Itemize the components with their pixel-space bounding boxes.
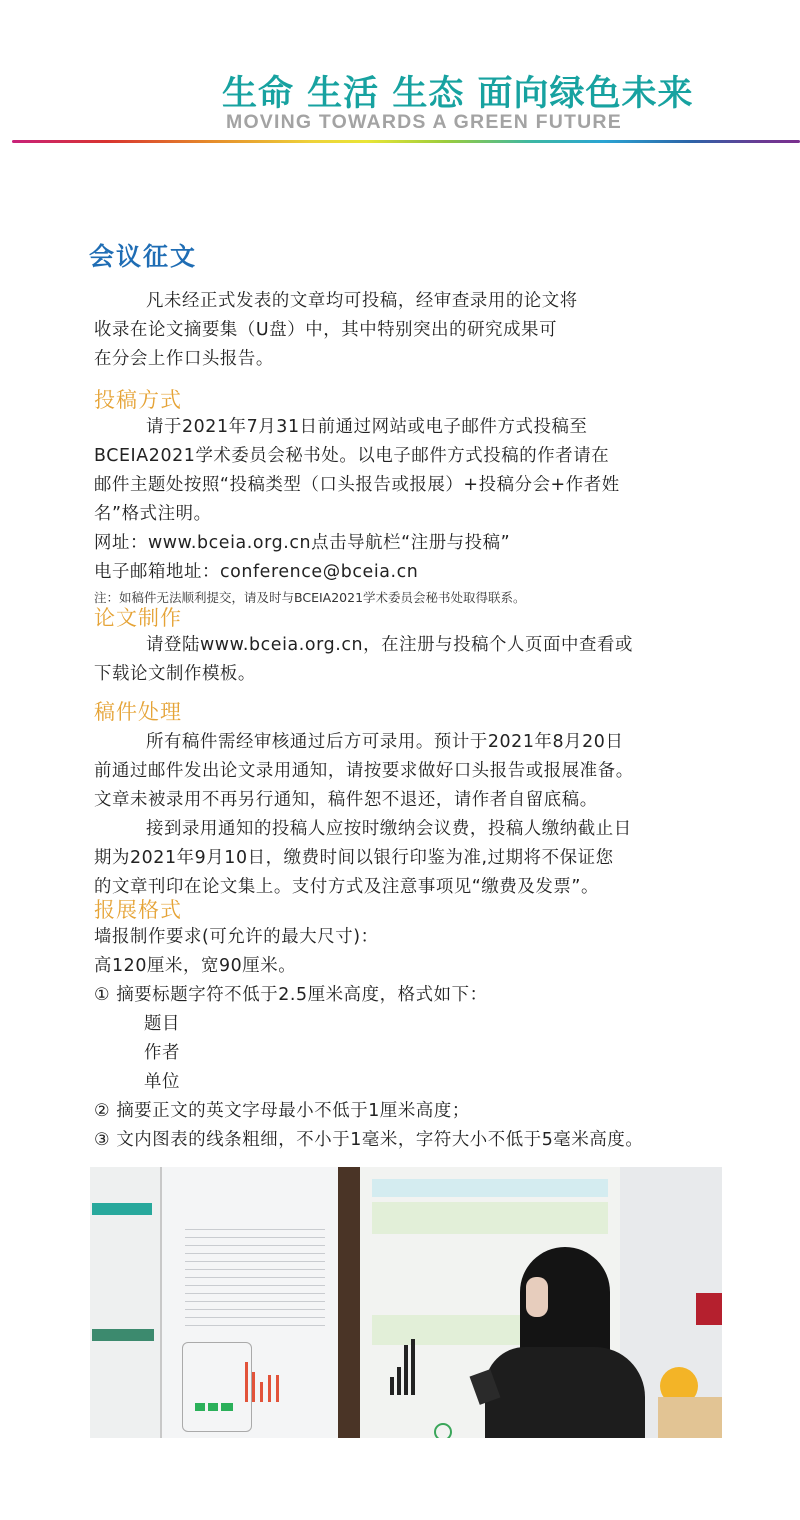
background-gap [338,1167,360,1438]
website-label: 网址： [94,533,148,553]
background-wood [658,1397,722,1438]
poster-red-block [696,1293,722,1325]
processing-line: 文章未被录用不再另行通知，稿件恕不退还，请作者自留底稿。 [94,786,732,815]
paper-prep-heading: 论文制作 [94,604,182,632]
poster-paragraph: 墙报制作要求(可允许的最大尺寸)： 高120厘米，宽90厘米。 ① 摘要标题字符… [94,923,732,1155]
intro-line: 收录在论文摘要集（U盘）中，其中特别突出的研究成果可 [94,316,732,345]
person-coat [485,1347,645,1438]
processing-line-text: 接到录用通知的投稿人应按时缴纳会议费，投稿人缴纳截止日 [146,819,632,839]
poster-line: ① 摘要标题字符不低于2.5厘米高度，格式如下： [94,981,732,1010]
bar [245,1362,248,1402]
bar [397,1367,401,1395]
poster-teal-band [92,1203,152,1215]
submission-line-text: 请于2021年7月31日前通过网站或电子邮件方式投稿至 [146,417,587,437]
website-line: 网址：www.bceia.org.cn点击导航栏“注册与投稿” [94,529,732,558]
processing-line: 所有稿件需经审核通过后方可录用。预计于2021年8月20日 [94,728,732,757]
processing-line-text: 所有稿件需经审核通过后方可录用。预计于2021年8月20日 [146,732,623,752]
submission-paragraph: 请于2021年7月31日前通过网站或电子邮件方式投稿至 BCEIA2021学术委… [94,413,732,609]
email-label: 电子邮箱地址： [94,562,220,582]
paper-prep-paragraph: 请登陆www.bceia.org.cn，在注册与投稿个人页面中查看或 下载论文制… [94,631,732,689]
poster-green-box [208,1403,218,1411]
submission-line: BCEIA2021学术委员会秘书处。以电子邮件方式投稿的作者请在 [94,442,732,471]
bar [390,1377,394,1395]
processing-line: 接到录用通知的投稿人应按时缴纳会议费，投稿人缴纳截止日 [94,815,732,844]
processing-paragraph-1: 所有稿件需经审核通过后方可录用。预计于2021年8月20日 前通过邮件发出论文录… [94,728,732,902]
bar [276,1375,279,1402]
email-link[interactable]: conference@bceia.cn [220,562,419,582]
submission-line: 名”格式注明。 [94,500,732,529]
person-face [526,1277,548,1317]
poster-green-band [92,1329,154,1341]
paper-prep-line-text: 请登陆www.bceia.org.cn，在注册与投稿个人页面中查看或 [146,635,633,655]
submission-line: 请于2021年7月31日前通过网站或电子邮件方式投稿至 [94,413,732,442]
website-suffix: 点击导航栏“注册与投稿” [311,533,510,553]
processing-heading: 稿件处理 [94,698,182,726]
format-item: 题目 [94,1010,732,1039]
intro-paragraph: 凡未经正式发表的文章均可投稿，经审查录用的论文将 收录在论文摘要集（U盘）中，其… [94,287,732,374]
bar [252,1372,255,1402]
poster-rule: ③ 文内图表的线条粗细，不小于1毫米，字符大小不低于5毫米高度。 [94,1126,732,1155]
intro-line: 在分会上作口头报告。 [94,345,732,374]
poster-rule: ② 摘要正文的英文字母最小不低于1厘米高度； [94,1097,732,1126]
intro-line-text: 凡未经正式发表的文章均可投稿，经审查录用的论文将 [146,291,578,311]
header-subtitle: MOVING TOWARDS A GREEN FUTURE [226,112,622,132]
poster-diagram [182,1342,252,1432]
poster-green-box [221,1403,233,1411]
conference-poster-photo [90,1167,722,1438]
processing-line: 期为2021年9月10日，缴费时间以银行印鉴为准,过期将不保证您 [94,844,732,873]
bar [268,1375,271,1402]
submission-line: 邮件主题处按照“投稿类型（口头报告或报展）+投稿分会+作者姓 [94,471,732,500]
poster-green-band [372,1315,522,1345]
poster-green-box [195,1403,205,1411]
email-line: 电子邮箱地址：conference@bceia.cn [94,558,732,587]
paper-prep-line: 下载论文制作模板。 [94,660,732,689]
section-title: 会议征文 [89,241,197,273]
bar [411,1339,415,1395]
processing-line: 的文章刊印在论文集上。支付方式及注意事项见“缴费及发票”。 [94,873,732,902]
poster-text-block [185,1222,325,1332]
paper-prep-line: 请登陆www.bceia.org.cn，在注册与投稿个人页面中查看或 [94,631,732,660]
bar [404,1345,408,1395]
website-link[interactable]: www.bceia.org.cn [148,533,311,553]
poster-green-band [372,1202,608,1234]
poster-heading: 报展格式 [94,896,182,924]
rainbow-divider [12,140,800,143]
poster-circle [434,1423,452,1438]
format-item: 作者 [94,1039,732,1068]
poster-blue-band [372,1179,608,1197]
processing-line: 前通过邮件发出论文录用通知，请按要求做好口头报告或报展准备。 [94,757,732,786]
intro-line: 凡未经正式发表的文章均可投稿，经审查录用的论文将 [94,287,732,316]
poster-line: 高120厘米，宽90厘米。 [94,952,732,981]
submission-heading: 投稿方式 [94,386,182,414]
format-item: 单位 [94,1068,732,1097]
poster-line: 墙报制作要求(可允许的最大尺寸)： [94,923,732,952]
header-title: 生命 生活 生态 面向绿色未来 [222,72,742,116]
bar [260,1382,263,1402]
submission-note: 注：如稿件无法顺利提交，请及时与BCEIA2021学术委员会秘书处取得联系。 [94,587,732,609]
